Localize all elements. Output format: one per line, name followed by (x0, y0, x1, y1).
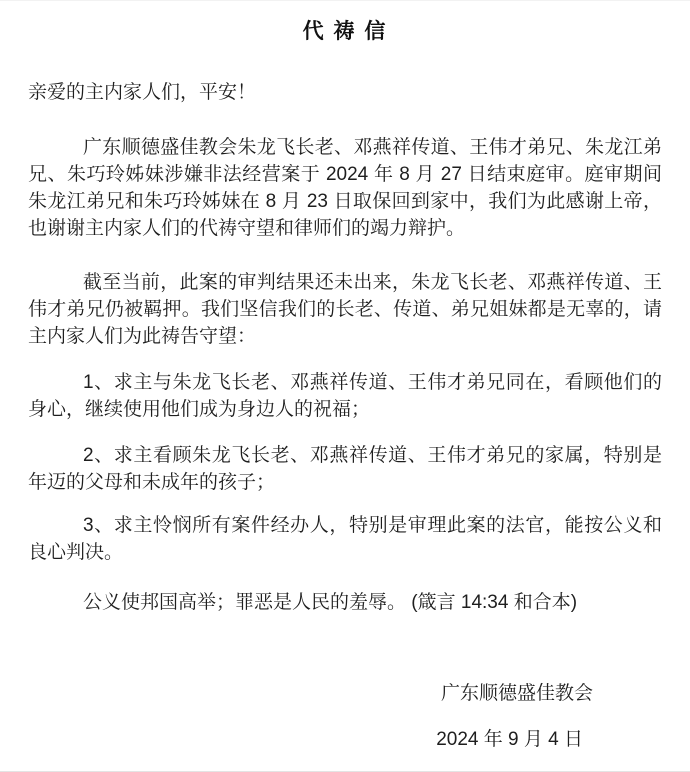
prayer-item-1: 1、求主与朱龙飞长老、邓燕祥传道、王伟才弟兄同在，看顾他们的身心，继续使用他们成… (28, 369, 662, 423)
body-paragraph-2: 截至当前，此案的审判结果还未出来，朱龙飞长老、邓燕祥传道、王伟才弟兄仍被羁押。我… (28, 269, 662, 350)
signature-church-name: 广东顺德盛佳教会 (28, 680, 662, 707)
greeting-line: 亲爱的主内家人们，平安！ (28, 79, 662, 106)
page-title: 代 祷 信 (28, 17, 662, 47)
body-paragraph-1: 广东顺德盛佳教会朱龙飞长老、邓燕祥传道、王伟才弟兄、朱龙江弟兄、朱巧玲姊妹涉嫌非… (28, 134, 662, 242)
prayer-item-3: 3、求主怜悯所有案件经办人，特别是审理此案的法官，能按公义和良心判决。 (28, 512, 662, 566)
prayer-letter-page: 代 祷 信 亲爱的主内家人们，平安！ 广东顺德盛佳教会朱龙飞长老、邓燕祥传道、王… (0, 0, 690, 772)
prayer-item-2: 2、求主看顾朱龙飞长老、邓燕祥传道、王伟才弟兄的家属，特别是年迈的父母和未成年的… (28, 442, 662, 496)
scripture-quote: 公义使邦国高举；罪恶是人民的羞辱。 (箴言 14:34 和合本) (28, 589, 662, 616)
signature-date: 2024 年 9 月 4 日 (28, 726, 662, 753)
